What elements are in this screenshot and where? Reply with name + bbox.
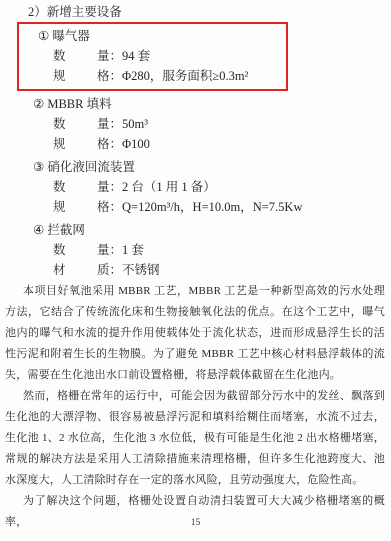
spec-label: 规 (53, 66, 97, 86)
spec-label: 数 (53, 114, 97, 134)
spec-label: 数 (53, 46, 97, 66)
spec-value: 不锈钢 (122, 263, 160, 277)
equipment-item-nitrification-reflux: ③ 硝化液回流装置 数量：2 台（1 用 1 备） 规格：Q=120m³/h，H… (0, 157, 391, 217)
equipment-spec-quantity: 数量：94 套 (53, 46, 286, 66)
spec-value: 94 套 (122, 49, 150, 63)
equipment-title: ④ 拦截网 (33, 220, 391, 240)
equipment-title: ② MBBR 填料 (33, 94, 391, 114)
equipment-spec-quantity: 数量：2 台（1 用 1 备） (53, 177, 391, 197)
equipment-spec-quantity: 数量：50m³ (53, 114, 391, 134)
equipment-title: ③ 硝化液回流装置 (33, 157, 391, 177)
section-heading: 2）新增主要设备 (0, 0, 391, 20)
spec-value: 2 台（1 用 1 备） (122, 180, 216, 194)
spec-value: Q=120m³/h，H=10.0m，N=7.5Kw (122, 200, 302, 214)
equipment-spec-spec: 规格：Q=120m³/h，H=10.0m，N=7.5Kw (53, 197, 391, 217)
spec-value: Φ280，服务面积≥0.3m² (122, 69, 248, 83)
spec-label: 量： (97, 243, 122, 257)
equipment-item-aerator: ① 曝气器 数量：94 套 规格：Φ280，服务面积≥0.3m² (19, 26, 286, 86)
page-number: 15 (0, 518, 391, 528)
equipment-spec-spec: 规格：Φ100 (53, 134, 391, 154)
document-page: 2）新增主要设备 ① 曝气器 数量：94 套 规格：Φ280，服务面积≥0.3m… (0, 0, 391, 533)
spec-label: 量： (97, 49, 122, 63)
equipment-item-mbbr-media: ② MBBR 填料 数量：50m³ 规格：Φ100 (0, 94, 391, 154)
spec-label: 格： (97, 200, 122, 214)
equipment-spec-quantity: 数量：1 套 (53, 240, 391, 260)
spec-label: 量： (97, 117, 122, 131)
highlight-box: ① 曝气器 数量：94 套 规格：Φ280，服务面积≥0.3m² (17, 22, 288, 91)
body-text: 本项目好氧池采用 MBBR 工艺，MBBR 工艺是一种新型高效的污水处理方法，它… (0, 281, 391, 533)
spec-label: 量： (97, 180, 122, 194)
spec-label: 规 (53, 134, 97, 154)
spec-value: 1 套 (122, 243, 144, 257)
equipment-spec-spec: 规格：Φ280，服务面积≥0.3m² (53, 66, 286, 86)
body-paragraph: 然而，格栅在常年的运行中，可能会因为截留部分污水中的发丝、飘落到生化池的大漂浮物… (0, 386, 391, 491)
spec-label: 格： (97, 69, 122, 83)
spec-label: 材 (53, 260, 97, 280)
spec-label: 数 (53, 177, 97, 197)
equipment-item-interception-net: ④ 拦截网 数量：1 套 材质：不锈钢 (0, 220, 391, 280)
spec-label: 规 (53, 197, 97, 217)
spec-label: 质： (97, 263, 122, 277)
spec-label: 格： (97, 137, 122, 151)
equipment-title: ① 曝气器 (38, 26, 286, 46)
body-paragraph: 本项目好氧池采用 MBBR 工艺，MBBR 工艺是一种新型高效的污水处理方法，它… (0, 281, 391, 386)
equipment-spec-material: 材质：不锈钢 (53, 260, 391, 280)
spec-label: 数 (53, 240, 97, 260)
spec-value: Φ100 (122, 137, 150, 151)
spec-value: 50m³ (122, 117, 148, 131)
